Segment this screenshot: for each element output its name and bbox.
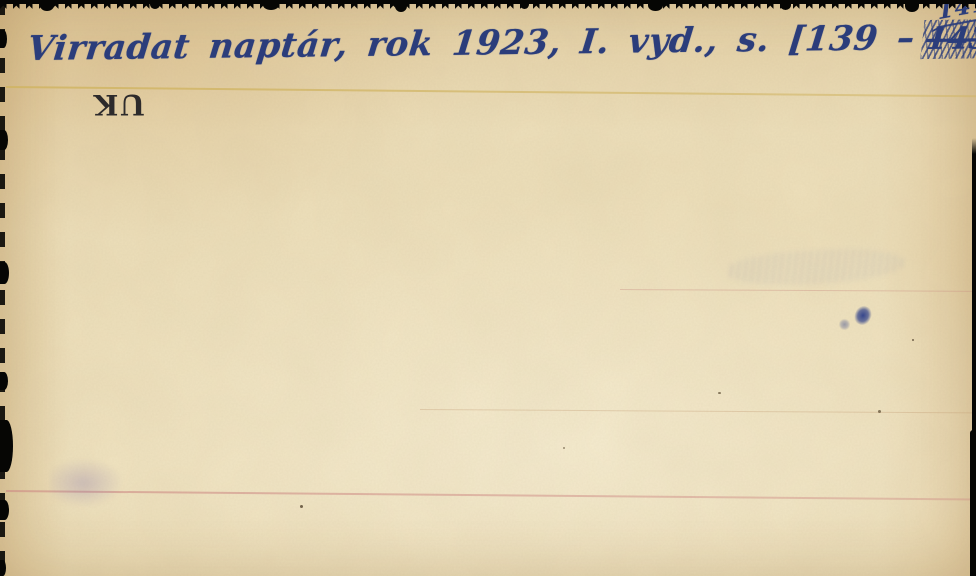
edge-tear-blob — [905, 0, 919, 12]
bottom-left-notch — [0, 560, 6, 576]
edge-tear-blob — [40, 0, 54, 11]
ink-blot-small — [839, 319, 850, 330]
edge-tear-blob — [0, 372, 8, 390]
edge-tear-blob — [263, 0, 279, 10]
edge-tear-blob — [150, 0, 160, 9]
paper-speck — [300, 505, 303, 508]
edge-tear-blob — [0, 500, 9, 520]
edge-tear-blob — [780, 0, 791, 10]
card-paper — [0, 0, 976, 576]
page-number-correction: 141143 — [920, 17, 976, 59]
uk-library-stamp: UK — [92, 88, 145, 121]
handwritten-text: Virradat naptár, rok 1923, I. vyd., s. [… — [25, 18, 917, 69]
edge-tear-blob — [0, 130, 8, 150]
edge-tear-blob — [0, 30, 7, 48]
scanned-catalog-card: Virradat naptár, rok 1923, I. vyd., s. [… — [0, 0, 976, 576]
paper-speck — [912, 339, 914, 341]
edge-tear-blob — [0, 262, 9, 284]
edge-tear-blob — [395, 0, 407, 12]
right-scan-edge-lower — [970, 430, 976, 576]
edge-tear-blob — [648, 0, 663, 11]
paper-speck — [718, 392, 721, 394]
edge-tear-blob — [0, 420, 13, 472]
paper-speck — [563, 447, 565, 449]
paper-speck — [878, 410, 881, 413]
purple-smudge — [50, 458, 124, 508]
edge-tear-blob — [520, 0, 529, 9]
